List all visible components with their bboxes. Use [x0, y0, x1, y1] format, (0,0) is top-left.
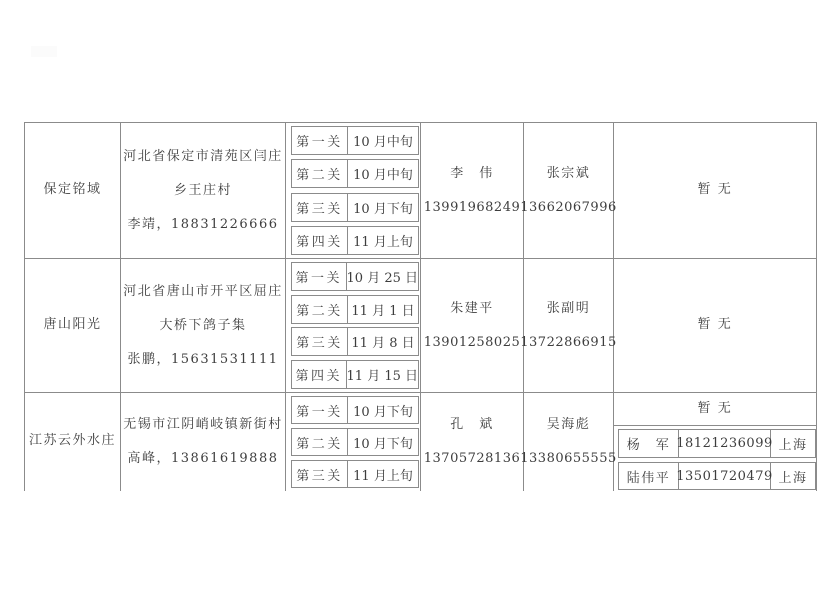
stage-box: 第三关 10 月下旬: [291, 193, 419, 222]
stage-label: 第四关: [292, 227, 348, 254]
grid-line-vertical: [816, 122, 817, 491]
document-page: 保定铭域 河北省保定市清苑区闫庄 乡王庄村 李靖，18831226666 第一关…: [0, 0, 840, 593]
contact-line: 李靖，18831226666: [128, 208, 279, 242]
handler-name: 李 伟: [450, 157, 494, 191]
agent-city: 上海: [771, 463, 815, 489]
agent-row: 杨 军 18121236099 上海: [618, 429, 816, 458]
address-cell: 无锡市江阴峭岐镇新街村 高峰，13861619888: [121, 393, 285, 490]
stage-date: 10 月中旬: [348, 160, 418, 187]
pigeon-race-schedule-table: 保定铭域 河北省保定市清苑区闫庄 乡王庄村 李靖，18831226666 第一关…: [24, 122, 817, 490]
handler1-cell: 孔 斌 13705728136: [421, 393, 523, 490]
venue-name: 保定铭域: [43, 182, 101, 199]
agent-cell: 暂 无: [614, 259, 816, 392]
agent-name: 陆伟平: [619, 463, 679, 489]
agent-none-label: 暂 无: [698, 182, 733, 199]
stage-schedule: 第一关 10 月下旬 第二关 10 月下旬 第三关 11 月上旬: [291, 396, 419, 488]
handler1-cell: 李 伟 13991968249: [421, 123, 523, 258]
handler-name: 张副明: [547, 292, 591, 326]
stage-date: 11 月上旬: [348, 227, 418, 254]
scan-smudge-artifact: [31, 46, 57, 57]
stage-box: 第三关 11 月 8 日: [291, 327, 419, 356]
agent-none-label: 暂 无: [698, 401, 733, 418]
agent-cell: 暂 无: [614, 123, 816, 258]
address-line: 大桥下鸽子集: [159, 309, 246, 343]
handler-phone: 13662067996: [520, 191, 616, 225]
stage-label: 第二关: [292, 296, 348, 323]
venue-name: 唐山阳光: [43, 317, 101, 334]
agent-name: 杨 军: [619, 430, 679, 457]
stage-date: 10 月下旬: [348, 397, 418, 423]
stage-label: 第三关: [292, 328, 348, 355]
stage-date: 10 月 25 日: [347, 263, 418, 290]
address-line: 河北省唐山市开平区屈庄: [123, 275, 283, 309]
stage-box: 第一关 10 月 25 日: [291, 262, 419, 291]
address-cell: 河北省唐山市开平区屈庄 大桥下鸽子集 张鹏，15631531111: [121, 259, 285, 392]
agent-phone: 13501720479: [679, 463, 771, 489]
stage-label: 第三关: [292, 194, 348, 221]
handler-phone: 13722866915: [520, 326, 616, 360]
stage-label: 第一关: [292, 263, 347, 290]
stage-date: 11 月 8 日: [348, 328, 418, 355]
handler2-cell: 张宗斌 13662067996: [524, 123, 613, 258]
address-line: 无锡市江阴峭岐镇新街村: [123, 408, 283, 442]
agent-phone: 18121236099: [679, 430, 771, 457]
stage-box: 第四关 11 月上旬: [291, 226, 419, 255]
stage-box: 第三关 11 月上旬: [291, 460, 419, 488]
stage-date: 11 月上旬: [348, 461, 418, 487]
contact-line: 张鹏，15631531111: [128, 343, 279, 377]
grid-line-vertical: [285, 122, 286, 491]
venue-cell: 唐山阳光: [25, 259, 120, 392]
venue-cell: 保定铭域: [25, 123, 120, 258]
stage-label: 第二关: [292, 160, 348, 187]
stage-box: 第二关 10 月中旬: [291, 159, 419, 188]
stage-label: 第二关: [292, 429, 348, 455]
handler2-cell: 张副明 13722866915: [524, 259, 613, 392]
agent-row: 陆伟平 13501720479 上海: [618, 462, 816, 490]
stage-label: 第一关: [292, 127, 348, 154]
handler2-cell: 吴海彪 13380655555: [524, 393, 613, 490]
agent-divider-line: [613, 425, 817, 426]
stage-box: 第一关 10 月中旬: [291, 126, 419, 155]
stage-schedule: 第一关 10 月 25 日 第二关 11 月 1 日 第三关 11 月 8 日 …: [291, 262, 419, 389]
stage-date: 11 月 1 日: [348, 296, 418, 323]
stage-label: 第一关: [292, 397, 348, 423]
stage-date: 10 月下旬: [348, 429, 418, 455]
stage-box: 第一关 10 月下旬: [291, 396, 419, 424]
handler-phone: 13705728136: [424, 442, 520, 476]
address-cell: 河北省保定市清苑区闫庄 乡王庄村 李靖，18831226666: [121, 123, 285, 258]
handler-name: 张宗斌: [547, 157, 591, 191]
address-line: 乡王庄村: [174, 174, 232, 208]
stage-date: 10 月中旬: [348, 127, 418, 154]
handler-name: 孔 斌: [450, 408, 494, 442]
handler-name: 朱建平: [450, 292, 494, 326]
venue-name: 江苏云外水庄: [29, 433, 116, 450]
handler-phone: 13991968249: [424, 191, 520, 225]
handler-phone: 13380655555: [520, 442, 616, 476]
stage-box: 第二关 11 月 1 日: [291, 295, 419, 324]
stage-date: 11 月 15 日: [347, 361, 418, 388]
stage-label: 第四关: [292, 361, 347, 388]
agent-cell: 暂 无: [614, 393, 816, 425]
stage-date: 10 月下旬: [348, 194, 418, 221]
stage-schedule: 第一关 10 月中旬 第二关 10 月中旬 第三关 10 月下旬 第四关 11 …: [291, 126, 419, 255]
stage-box: 第二关 10 月下旬: [291, 428, 419, 456]
contact-line: 高峰，13861619888: [128, 442, 279, 476]
stage-box: 第四关 11 月 15 日: [291, 360, 419, 389]
handler1-cell: 朱建平 13901258025: [421, 259, 523, 392]
handler-phone: 13901258025: [424, 326, 520, 360]
venue-cell: 江苏云外水庄: [25, 393, 120, 490]
handler-name: 吴海彪: [547, 408, 591, 442]
agent-city: 上海: [771, 430, 815, 457]
agent-none-label: 暂 无: [698, 317, 733, 334]
address-line: 河北省保定市清苑区闫庄: [123, 140, 283, 174]
stage-label: 第三关: [292, 461, 348, 487]
